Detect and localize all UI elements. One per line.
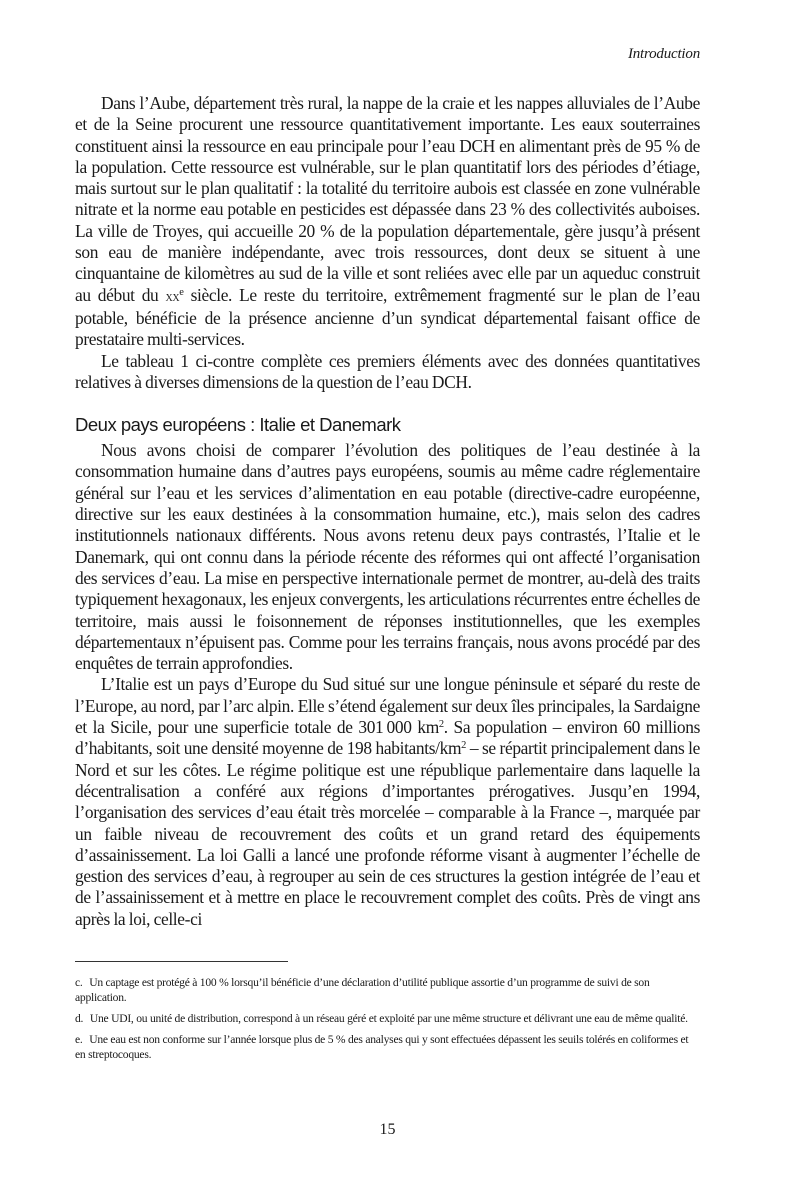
footnote-d: d. Une UDI, ou unité de distribution, co… (75, 1011, 700, 1026)
paragraph-tableau: Le tableau 1 ci-contre complète ces prem… (75, 351, 700, 394)
footnote-text: Une eau est non conforme sur l’année lor… (75, 1033, 688, 1061)
footnotes: c. Un captage est protégé à 100 % lorsqu… (75, 975, 700, 1068)
footnote-marker: e. (75, 1033, 83, 1046)
footnote-divider (75, 961, 288, 962)
footnote-marker: d. (75, 1012, 83, 1025)
paragraph-comparison: Nous avons choisi de comparer l’évolutio… (75, 440, 700, 674)
paragraph-italy-c: – se répartit principalement dans le Nor… (75, 738, 700, 928)
century-numeral: xx (165, 289, 179, 305)
body-text: Dans l’Aube, département très rural, la … (75, 93, 700, 930)
paragraph-italy: L’Italie est un pays d’Europe du Sud sit… (75, 674, 700, 930)
footnote-e: e. Une eau est non conforme sur l’année … (75, 1032, 700, 1062)
running-head: Introduction (628, 46, 700, 63)
footnote-c: c. Un captage est protégé à 100 % lorsqu… (75, 975, 700, 1005)
footnote-marker: c. (75, 976, 83, 989)
section-heading: Deux pays européens : Italie et Danemark (75, 414, 700, 436)
paragraph-aube-text: Dans l’Aube, département très rural, la … (75, 93, 700, 305)
page-number: 15 (0, 1121, 775, 1139)
paragraph-aube: Dans l’Aube, département très rural, la … (75, 93, 700, 351)
footnote-text: Un captage est protégé à 100 % lorsqu’il… (75, 976, 650, 1004)
footnote-text: Une UDI, ou unité de distribution, corre… (90, 1012, 688, 1025)
